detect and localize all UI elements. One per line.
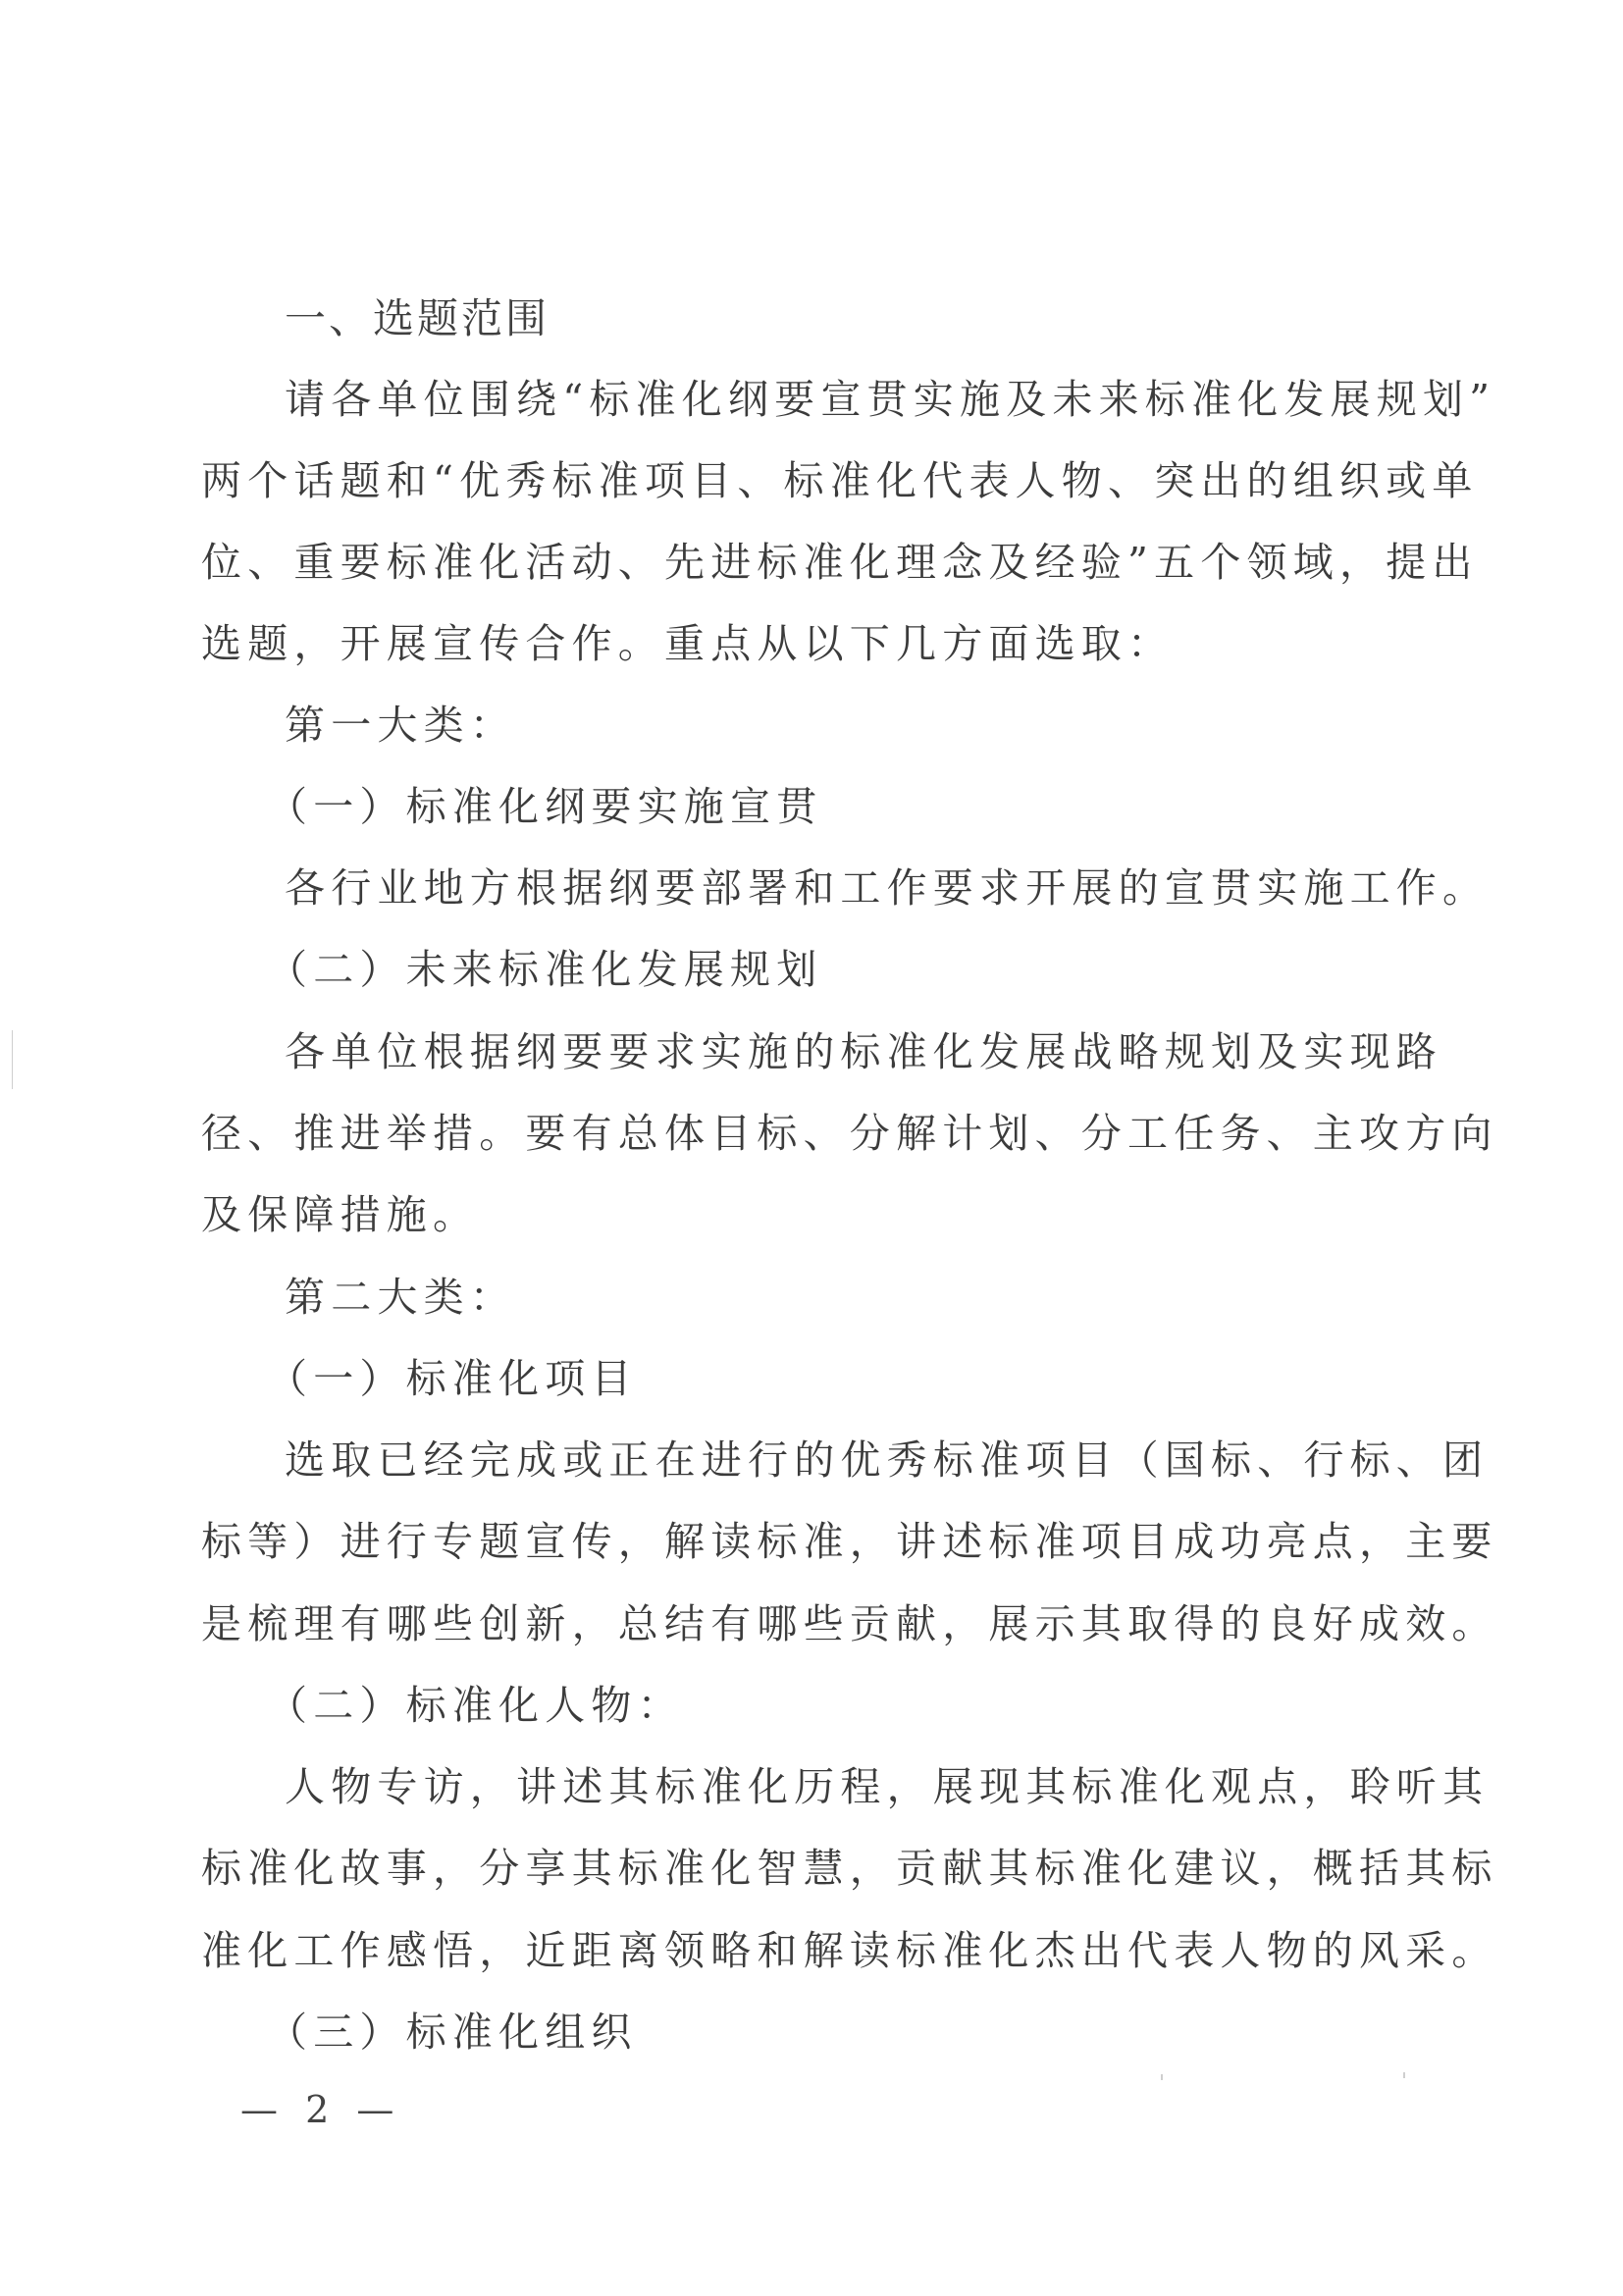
category-2-item-1-heading: （一）标准化项目: [267, 1354, 638, 1403]
intro-line-1: 请各单位围绕“标准化纲要宣贯实施及未来标准化发展规划”: [285, 375, 1495, 424]
category-1-item-2-line-2: 径、推进举措。要有总体目标、分解计划、分工任务、主攻方向: [201, 1109, 1498, 1158]
category-2-item-2-heading: （二）标准化人物：: [267, 1681, 684, 1730]
section-heading: 一、选题范围: [285, 294, 550, 343]
category-2-item-1-line-1: 选取已经完成或正在进行的优秀标准项目（国标、行标、团: [285, 1435, 1489, 1485]
category-2-item-2-line-3: 准化工作感悟，近距离领略和解读标准化杰出代表人物的风采。: [201, 1926, 1498, 1975]
page-number: — 2 —: [240, 2088, 401, 2131]
category-1-item-1-heading: （一）标准化纲要实施宣贯: [267, 782, 822, 831]
scan-speck: [1161, 2074, 1163, 2080]
category-1-item-2-heading: （二）未来标准化发展规划: [267, 945, 822, 994]
document-page: 一、选题范围 请各单位围绕“标准化纲要宣贯实施及未来标准化发展规划” 两个话题和…: [0, 0, 1623, 2296]
scan-speck: [1403, 2072, 1405, 2078]
category-2-title: 第二大类：: [285, 1273, 516, 1322]
category-2-item-2-line-1: 人物专访，讲述其标准化历程，展现其标准化观点，聆听其: [285, 1762, 1489, 1811]
intro-line-4: 选题，开展宣传合作。重点从以下几方面选取：: [201, 619, 1174, 668]
category-1-title: 第一大类：: [285, 701, 516, 750]
category-2-item-1-line-3: 是梳理有哪些创新，总结有哪些贡献，展示其取得的良好成效。: [201, 1599, 1498, 1648]
scan-edge-mark: [12, 1030, 13, 1089]
category-2-item-2-line-2: 标准化故事，分享其标准化智慧，贡献其标准化建议，概括其标: [201, 1844, 1498, 1893]
intro-line-3: 位、重要标准化活动、先进标准化理念及经验”五个领域，提出: [201, 538, 1479, 587]
intro-line-2: 两个话题和“优秀标准项目、标准化代表人物、突出的组织或单: [201, 456, 1479, 505]
category-2-item-1-line-2: 标等）进行专题宣传，解读标准，讲述标准项目成功亮点，主要: [201, 1517, 1498, 1566]
category-1-item-2-line-1: 各单位根据纲要要求实施的标准化发展战略规划及实现路: [285, 1027, 1442, 1076]
category-1-item-1-line-1: 各行业地方根据纲要部署和工作要求开展的宣贯实施工作。: [285, 863, 1489, 913]
category-1-item-2-line-3: 及保障措施。: [201, 1190, 479, 1239]
category-2-item-3-heading: （三）标准化组织: [267, 2008, 638, 2057]
